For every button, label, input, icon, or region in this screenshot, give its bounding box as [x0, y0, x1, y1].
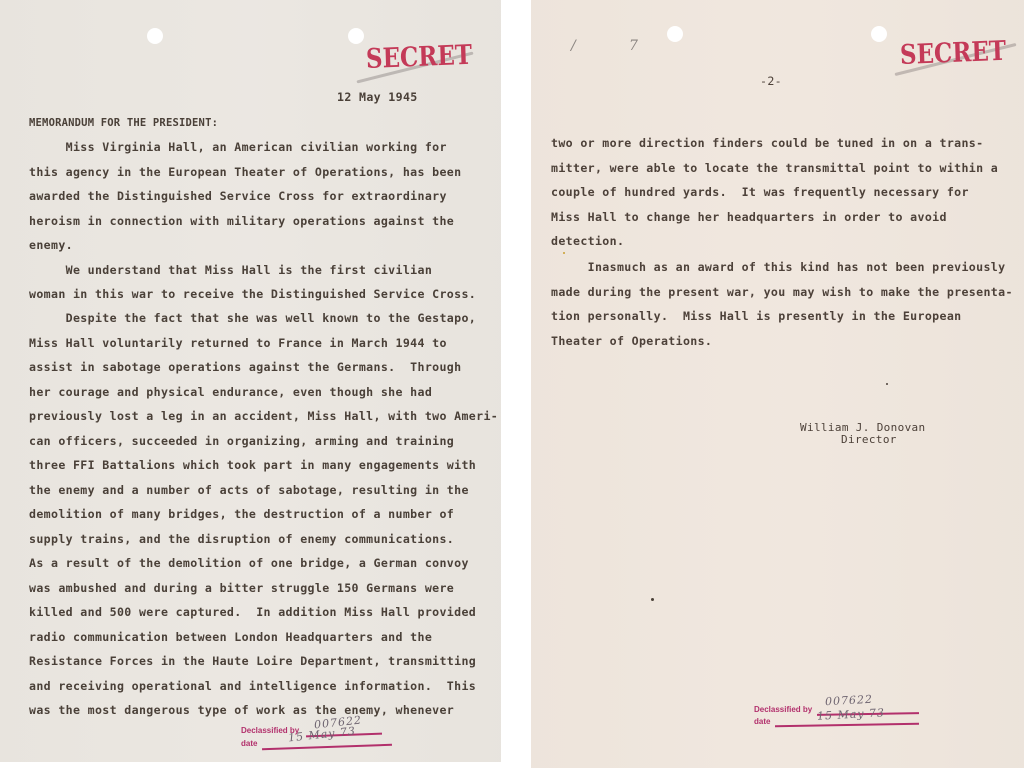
memo-date: 12 May 1945 — [337, 90, 418, 104]
body-line: two or more direction finders could be t… — [551, 136, 983, 150]
declassified-date-rule — [775, 723, 919, 728]
body-line: woman in this war to receive the Disting… — [29, 287, 476, 301]
body-line: Inasmuch as an award of this kind has no… — [551, 260, 1005, 274]
body-line: Miss Virginia Hall, an American civilian… — [29, 140, 447, 154]
declassified-by-label: Declassified by — [754, 705, 812, 714]
memo-heading: MEMORANDUM FOR THE PRESIDENT: — [29, 117, 218, 129]
body-line: made during the present war, you may wis… — [551, 285, 1013, 299]
ink-speck — [563, 252, 565, 254]
memo-page-1: SECRET 12 May 1945 MEMORANDUM FOR THE PR… — [0, 0, 501, 762]
body-line: heroism in connection with military oper… — [29, 214, 454, 228]
declassified-date-rule — [262, 744, 392, 751]
punch-hole — [147, 28, 163, 44]
memo-page-2: / 7 SECRET -2- two or more direction fin… — [531, 0, 1024, 768]
body-line: and receiving operational and intelligen… — [29, 679, 476, 693]
body-line: mitter, were able to locate the transmit… — [551, 161, 998, 175]
body-line: killed and 500 were captured. In additio… — [29, 605, 476, 619]
body-line: couple of hundred yards. It was frequent… — [551, 185, 969, 199]
pencil-mark: / — [571, 38, 576, 54]
body-line: radio communication between London Headq… — [29, 630, 432, 644]
body-line: As a result of the demolition of one bri… — [29, 556, 469, 570]
body-line: was ambushed and during a bitter struggl… — [29, 581, 454, 595]
body-line: Miss Hall voluntarily returned to France… — [29, 336, 447, 350]
punch-hole — [667, 26, 683, 42]
body-line: enemy. — [29, 238, 73, 252]
secret-stamp: SECRET — [366, 40, 473, 75]
body-line: demolition of many bridges, the destruct… — [29, 507, 454, 521]
signatory-title: Director — [841, 433, 897, 446]
body-line: supply trains, and the disruption of ene… — [29, 532, 454, 546]
body-line: detection. — [551, 234, 624, 248]
body-line: previously lost a leg in an accident, Mi… — [29, 409, 498, 423]
body-line: Despite the fact that she was well known… — [29, 311, 476, 325]
body-line: this agency in the European Theater of O… — [29, 165, 461, 179]
body-line: can officers, succeeded in organizing, a… — [29, 434, 454, 448]
body-line: We understand that Miss Hall is the firs… — [29, 263, 432, 277]
body-line: tion personally. Miss Hall is presently … — [551, 309, 961, 323]
declassified-date-value: 15 May 73 — [817, 706, 886, 723]
body-line: assist in sabotage operations against th… — [29, 360, 461, 374]
body-line: the enemy and a number of acts of sabota… — [29, 483, 469, 497]
body-line: her courage and physical endurance, even… — [29, 385, 432, 399]
punch-hole — [348, 28, 364, 44]
declassified-date-label: date — [241, 739, 257, 748]
ink-speck — [886, 383, 888, 385]
declassified-date-label: date — [754, 717, 770, 726]
body-line: was the most dangerous type of work as t… — [29, 703, 454, 717]
body-line: three FFI Battalions which took part in … — [29, 458, 476, 472]
body-line: Resistance Forces in the Haute Loire Dep… — [29, 654, 476, 668]
body-line: awarded the Distinguished Service Cross … — [29, 189, 447, 203]
body-line: Theater of Operations. — [551, 334, 712, 348]
body-line: Miss Hall to change her headquarters in … — [551, 210, 947, 224]
punch-hole — [871, 26, 887, 42]
secret-stamp: SECRET — [900, 36, 1007, 71]
page-number: -2- — [760, 74, 782, 88]
pencil-mark: 7 — [629, 38, 638, 54]
ink-speck — [651, 598, 654, 601]
declassified-by-value: 007622 — [825, 693, 874, 708]
